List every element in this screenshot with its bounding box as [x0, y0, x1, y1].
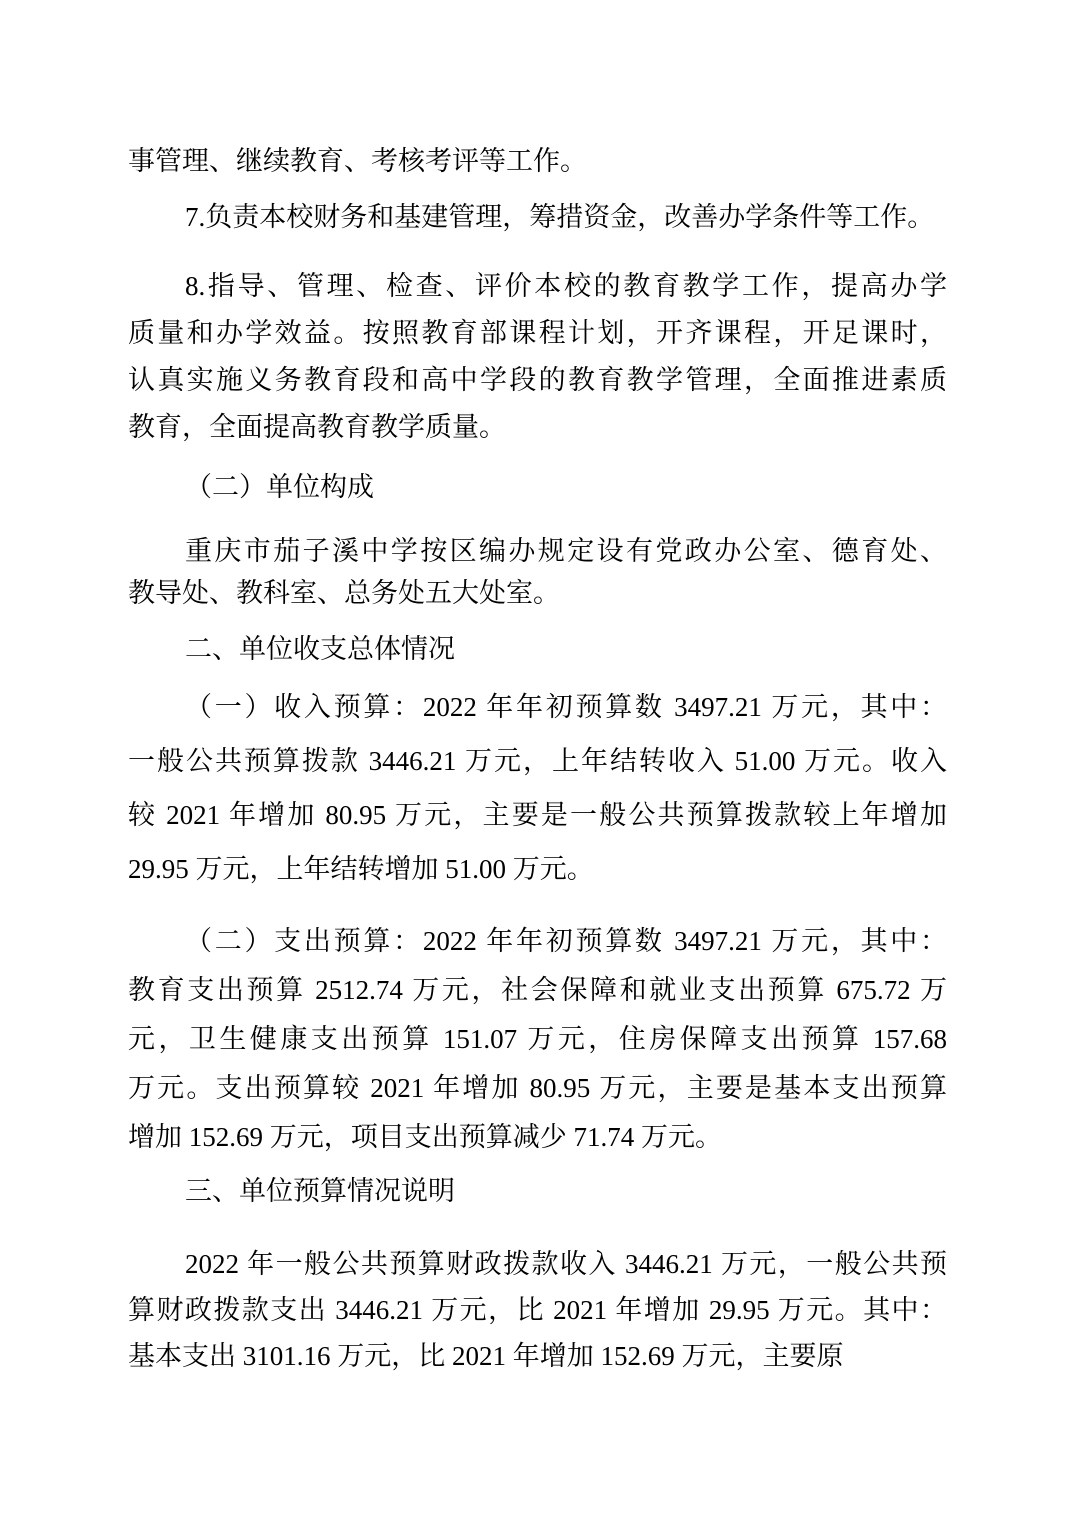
document-page: { "page": { "background": "#ffffff", "te…	[0, 0, 1074, 1520]
page-canvas: 事管理、继续教育、考核考评等工作。 7.负责本校财务和基建管理，筹措资金，改善办…	[0, 0, 1074, 1520]
document-line: 2022 年一般公共预算财政拨款收入 3446.21 万元，一般公共预	[128, 1241, 947, 1287]
document-line: 算财政拨款支出 3446.21 万元，比 2021 年增加 29.95 万元。其…	[128, 1287, 947, 1333]
document-line: 较 2021 年增加 80.95 万元，主要是一般公共预算拨款较上年增加	[128, 788, 947, 842]
heading-line: （二）单位构成	[128, 463, 947, 511]
heading-line: 二、单位收支总体情况	[128, 625, 947, 673]
section-heading-unit-composition: （二）单位构成	[128, 463, 947, 511]
document-line: 一般公共预算拨款 3446.21 万元，上年结转收入 51.00 万元。收入	[128, 734, 947, 788]
document-line: 教育支出预算 2512.74 万元，社会保障和就业支出预算 675.72 万	[128, 966, 947, 1015]
document-line: 教育，全面提高教育教学质量。	[128, 404, 947, 451]
paragraph-item-7: 7.负责本校财务和基建管理，筹措资金，改善办学条件等工作。	[128, 193, 947, 241]
document-line: 29.95 万元，上年结转增加 51.00 万元。	[128, 842, 947, 896]
paragraph-continuation: 事管理、继续教育、考核考评等工作。	[128, 137, 947, 185]
paragraph-fiscal-appropriation: 2022 年一般公共预算财政拨款收入 3446.21 万元，一般公共预 算财政拨…	[128, 1241, 947, 1379]
document-line: 事管理、继续教育、考核考评等工作。	[128, 137, 947, 185]
document-line: 基本支出 3101.16 万元，比 2021 年增加 152.69 万元，主要原	[128, 1333, 947, 1379]
document-line: 8.指导、管理、检查、评价本校的教育教学工作，提高办学	[128, 263, 947, 310]
heading-line: 三、单位预算情况说明	[128, 1167, 947, 1215]
section-heading-revenue-expenditure-overview: 二、单位收支总体情况	[128, 625, 947, 673]
document-line: 质量和办学效益。按照教育部课程计划，开齐课程，开足课时，	[128, 310, 947, 357]
document-line: （一）收入预算：2022 年年初预算数 3497.21 万元，其中：	[128, 680, 947, 734]
document-line: （二）支出预算：2022 年年初预算数 3497.21 万元，其中：	[128, 917, 947, 966]
paragraph-expenditure-budget: （二）支出预算：2022 年年初预算数 3497.21 万元，其中： 教育支出预…	[128, 917, 947, 1162]
document-line: 重庆市茄子溪中学按区编办规定设有党政办公室、德育处、	[128, 530, 947, 572]
document-line: 认真实施义务教育段和高中学段的教育教学管理，全面推进素质	[128, 357, 947, 404]
document-line: 元，卫生健康支出预算 151.07 万元，住房保障支出预算 157.68	[128, 1015, 947, 1064]
paragraph-income-budget: （一）收入预算：2022 年年初预算数 3497.21 万元，其中： 一般公共预…	[128, 680, 947, 896]
document-line: 万元。支出预算较 2021 年增加 80.95 万元，主要是基本支出预算	[128, 1064, 947, 1113]
document-line: 教导处、教科室、总务处五大处室。	[128, 572, 947, 614]
paragraph-unit-composition: 重庆市茄子溪中学按区编办规定设有党政办公室、德育处、 教导处、教科室、总务处五大…	[128, 530, 947, 614]
paragraph-item-8: 8.指导、管理、检查、评价本校的教育教学工作，提高办学 质量和办学效益。按照教育…	[128, 263, 947, 451]
document-line: 增加 152.69 万元，项目支出预算减少 71.74 万元。	[128, 1113, 947, 1162]
section-heading-budget-explanation: 三、单位预算情况说明	[128, 1167, 947, 1215]
document-line: 7.负责本校财务和基建管理，筹措资金，改善办学条件等工作。	[128, 193, 947, 241]
